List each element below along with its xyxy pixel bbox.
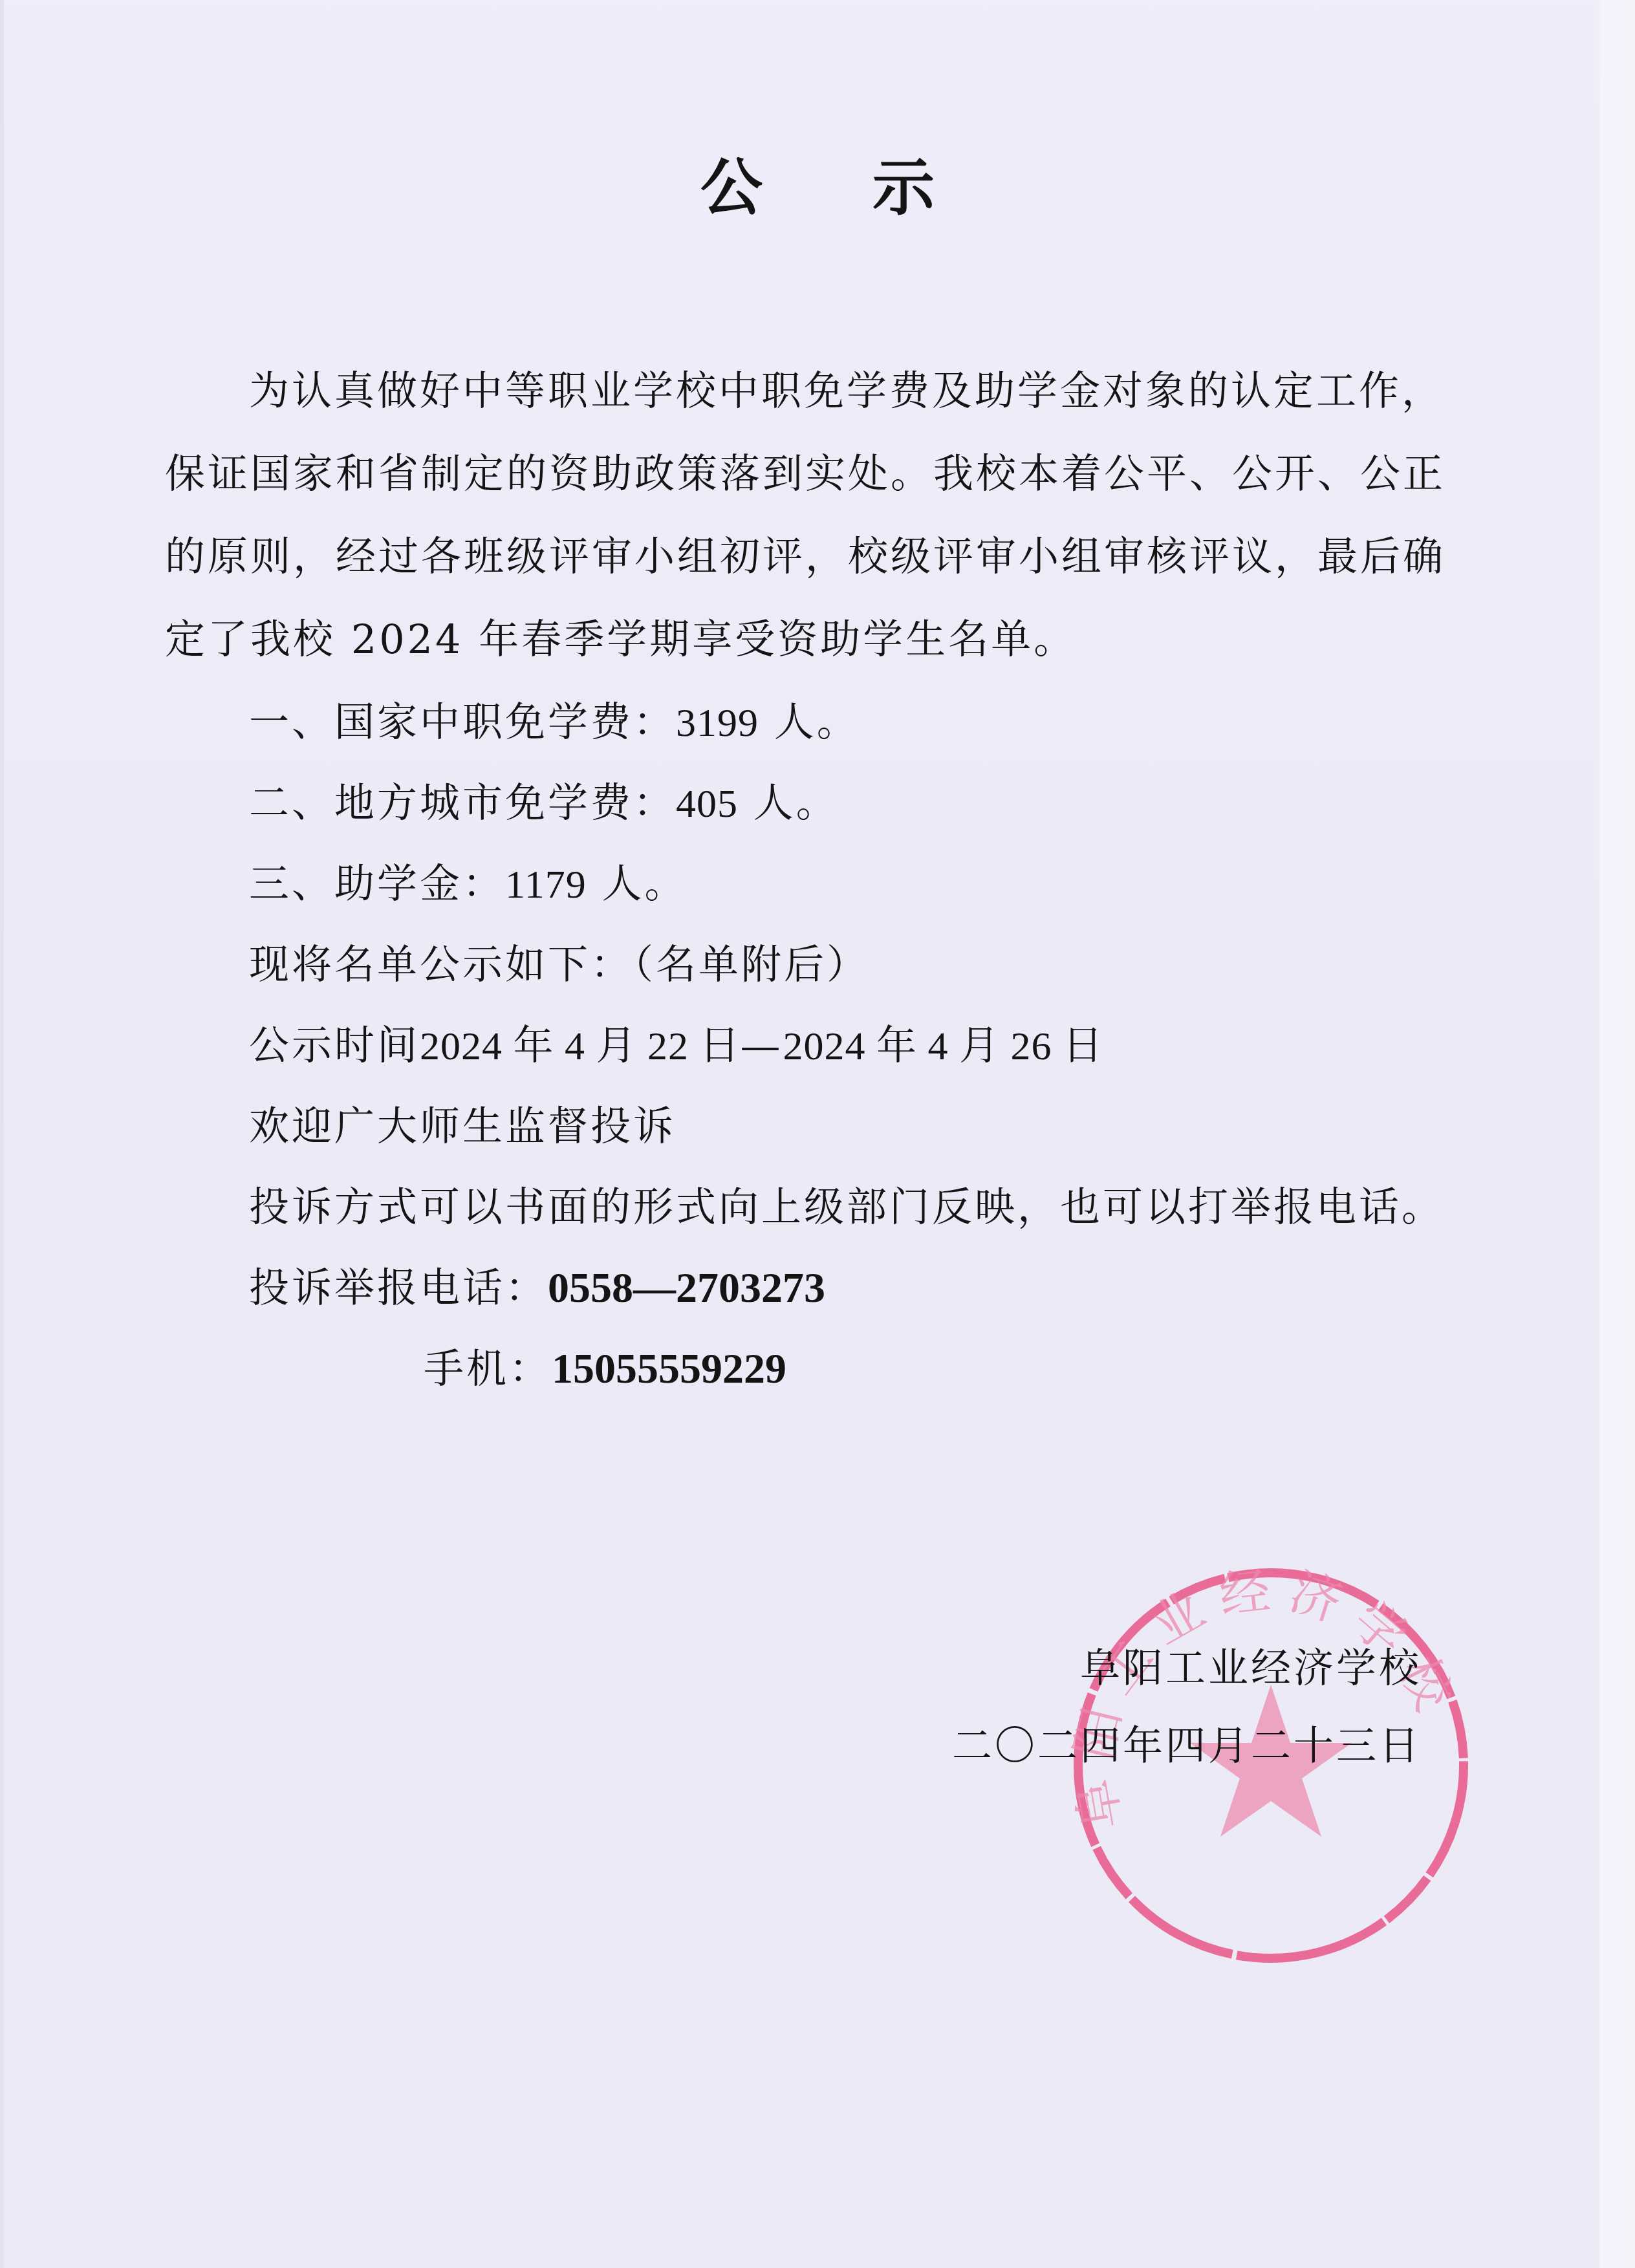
welcome-line: 欢迎广大师生监督投诉 (249, 1101, 676, 1152)
item-count: 1179 (505, 863, 587, 907)
signature-organization: 阜阳工业经济学校 (1080, 1643, 1422, 1694)
item-unit: 人。 (587, 860, 688, 907)
item-unit: 人。 (759, 698, 860, 746)
paragraph-line-2: 保证国家和省制定的资助政策落到实处。我校本着公平、公开、公正 (165, 448, 1446, 500)
page-edge-shadow (0, 0, 4, 2268)
item-grant: 三、助学金：1179 人。 (249, 858, 687, 911)
notice-line: 现将名单公示如下：（名单附后） (249, 939, 869, 991)
mobile-number: 15055559229 (552, 1345, 786, 1392)
hotline-number: 0558—2703273 (548, 1264, 825, 1312)
complaint-method-line: 投诉方式可以书面的形式向上级部门反映，也可以打举报电话。 (249, 1182, 1444, 1233)
item-count: 3199 (676, 701, 759, 745)
publicity-period: 公示时间2024 年 4 月 22 日—2024 年 4 月 26 日 (249, 1020, 1103, 1072)
period-label: 公示时间 (249, 1022, 420, 1069)
item-local-tuition-exemption: 二、地方城市免学费：405 人。 (249, 777, 839, 830)
hotline-label: 投诉举报电话： (249, 1264, 548, 1312)
signature-date: 二〇二四年四月二十三日 (952, 1720, 1422, 1772)
paragraph-line-4: 定了我校 2024 年春季学期享受资助学生名单。 (165, 614, 1076, 665)
period-end: 2024 年 4 月 26 日 (783, 1024, 1104, 1068)
paragraph-line-3: 的原则，经过各班级评审小组初评，校级评审小组审核评议，最后确 (165, 531, 1446, 583)
mobile-label: 手机： (424, 1345, 552, 1392)
page-title: 公示 (0, 149, 1635, 226)
period-start: 2024 年 4 月 22 日 (420, 1024, 741, 1068)
item-label: 二、地方城市免学费： (249, 779, 676, 826)
item-national-tuition-exemption: 一、国家中职免学费：3199 人。 (249, 697, 860, 749)
item-label: 三、助学金： (249, 860, 505, 907)
period-separator: — (741, 1022, 783, 1069)
hotline-line: 投诉举报电话：0558—2703273 (249, 1262, 825, 1314)
paragraph-line-1: 为认真做好中等职业学校中职免学费及助学金对象的认定工作， (249, 365, 1444, 417)
item-label: 一、国家中职免学费： (249, 698, 676, 746)
title-char-1: 公 (700, 149, 763, 226)
item-count: 405 (676, 782, 738, 826)
mobile-line: 手机：15055559229 (424, 1343, 786, 1395)
item-unit: 人。 (738, 779, 839, 826)
title-char-2: 示 (872, 149, 935, 226)
